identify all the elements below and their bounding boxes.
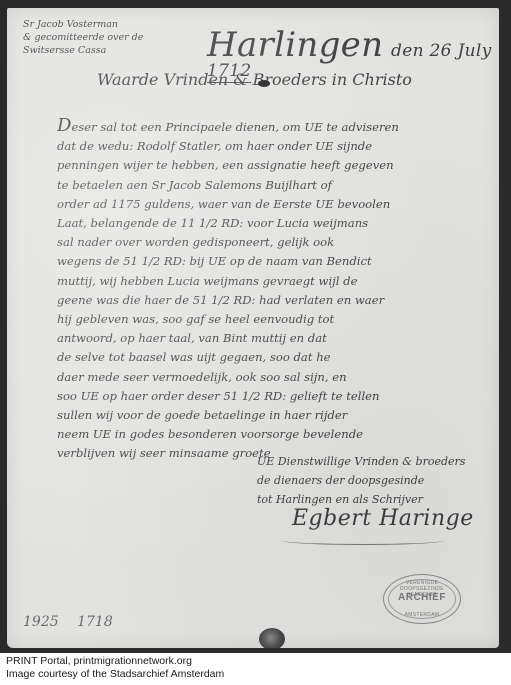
letter-body: Deser sal tot een Principaele dienen, om… — [57, 116, 497, 464]
body-line: Deser sal tot een Principaele dienen, om… — [57, 116, 497, 137]
addressee-line: Switsersse Cassa — [23, 44, 193, 57]
body-line: antwoord, op haer taal, van Bint muttij … — [57, 329, 497, 348]
body-line: wegens de 51 1/2 RD: bij UE op de naam v… — [57, 252, 497, 271]
closing-block: UE Dienstwillige Vrinden & broeders de d… — [257, 452, 497, 509]
credit-archive: Image courtesy of the Stadsarchief Amste… — [6, 668, 224, 681]
addressee-line: Sr Jacob Vosterman — [23, 18, 193, 31]
addressee-block: Sr Jacob Vosterman & gecomitteerde over … — [23, 18, 193, 57]
date-text: den 26 July — [391, 41, 491, 61]
body-line: neem UE in godes besonderen voorsorge be… — [57, 425, 497, 444]
stamp-bottom-text: AMSTERDAM — [384, 612, 460, 618]
body-line: de selve tot baasel was uijt gegaen, soo… — [57, 348, 497, 367]
wax-seal-remnant — [259, 628, 285, 648]
image-credits: PRINT Portal, printmigrationnetwork.org … — [6, 655, 224, 681]
body-line: sal nader over worden gedisponeert, geli… — [57, 233, 497, 252]
addressee-line: & gecomitteerde over de — [23, 31, 193, 44]
ink-blot — [258, 80, 270, 87]
body-line: geene was die haer de 51 1/2 RD: had ver… — [57, 291, 497, 310]
body-line: muttij, wij hebben Lucia weijmans gevrae… — [57, 272, 497, 291]
body-line: penningen wijer te hebben, een assignati… — [57, 156, 497, 175]
place-name: Harlingen — [207, 25, 383, 65]
stamp-center-text: ARCHIEF — [384, 592, 460, 603]
archive-reference: 1925 1718 — [23, 614, 113, 630]
closing-line: de dienaers der doopsgesinde — [257, 471, 497, 490]
body-line: daer mede seer vermoedelijk, ook soo sal… — [57, 368, 497, 387]
archive-stamp: VERENIGDE DOOPSGEZINDE GEMEENTE ARCHIEF … — [383, 574, 461, 624]
body-line: soo UE op haer order deser 51 1/2 RD: ge… — [57, 387, 497, 406]
closing-line: UE Dienstwillige Vrinden & broeders — [257, 452, 497, 471]
body-line: dat de wedu: Rodolf Statler, om haer ond… — [57, 137, 497, 156]
archive-number: 1925 — [23, 614, 59, 630]
body-line: Laat, belangende de 11 1/2 RD: voor Luci… — [57, 214, 497, 233]
scanned-document: Sr Jacob Vosterman & gecomitteerde over … — [0, 0, 511, 653]
paper-sheet: Sr Jacob Vosterman & gecomitteerde over … — [7, 8, 499, 648]
body-line: sullen wij voor de goede betaelinge in h… — [57, 406, 497, 425]
signature: Egbert Haringe — [292, 506, 474, 531]
archive-year: 1718 — [77, 614, 113, 630]
credit-portal: PRINT Portal, printmigrationnetwork.org — [6, 655, 224, 668]
body-line: te betaelen aen Sr Jacob Salemons Buijlh… — [57, 176, 497, 195]
body-line: hij gebleven was, soo gaf se heel eenvou… — [57, 310, 497, 329]
salutation: Waarde Vrinden & Broeders in Christo — [97, 70, 412, 89]
body-line: order ad 1175 guldens, waer van de Eerst… — [57, 195, 497, 214]
